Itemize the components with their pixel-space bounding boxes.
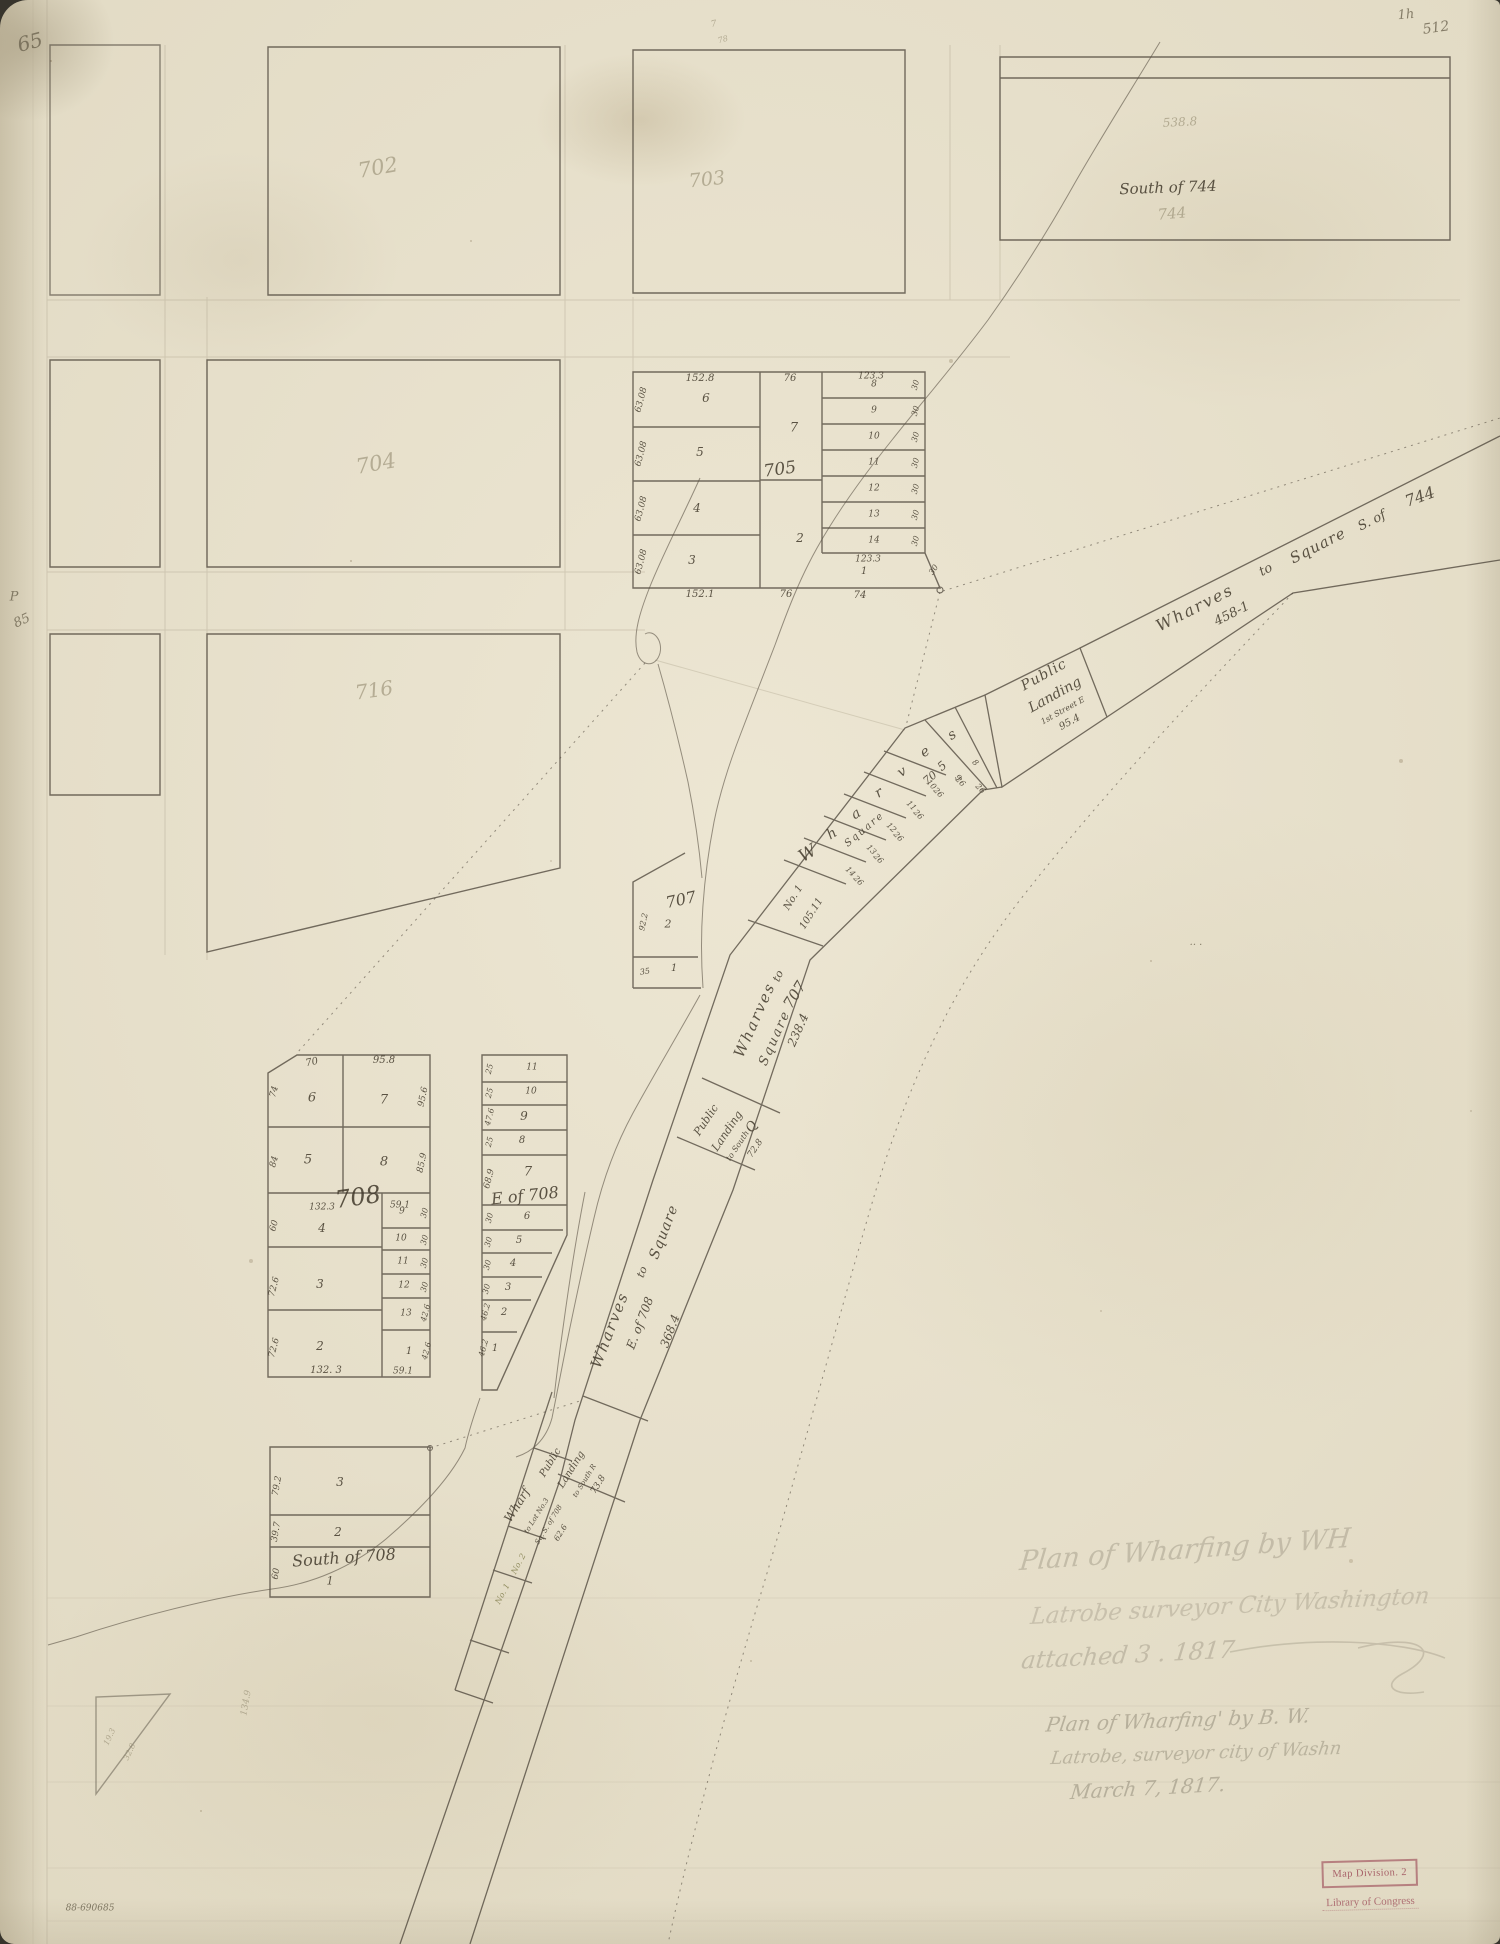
map-label: 95.8 [373,1056,395,1066]
stamp-library-of-congress: Library of Congress [1322,1895,1418,1912]
map-label: 8 [519,1136,525,1146]
map-label: 8 [380,1156,388,1169]
map-label: 74 [854,591,867,601]
map-label: 5 [516,1236,522,1246]
note-p: P [10,591,19,604]
map-label: 76 [784,374,797,384]
map-label: 4 [693,502,701,514]
band-744-lower [1107,560,1500,717]
label-744: 744 [1157,205,1187,222]
map-label: 2 [665,919,672,930]
map-label: 132. 3 [310,1366,342,1376]
map-label: 59.1 [393,1368,413,1377]
map-label: 8 [871,381,877,390]
map-label: 11 [526,1064,537,1073]
stamp-map-division: Map Division. 2 [1332,1867,1407,1880]
dotted-guides [297,418,1500,1944]
map-label: 76 [780,590,793,600]
map-label: 10 [525,1088,536,1097]
map-label: 13 [868,511,879,520]
map-label: 12 [398,1282,409,1291]
map-label: 2 [334,1526,342,1538]
block-705 [633,372,943,593]
map-label: 6 [702,392,710,404]
band-744-upper [1080,436,1500,648]
map-label: 1 [406,1347,412,1357]
map-label: 1 [861,567,867,577]
pencil-grid-lines [33,0,1500,1944]
map-label: 11 [868,459,879,468]
ink-dots: ·· · [1190,941,1203,951]
map-label: 1 [671,964,677,974]
map-label: 3 [316,1278,324,1290]
map-label: 132.3 [309,1204,335,1213]
map-label: 14 [868,537,879,546]
pencil-flourish [1230,1642,1445,1693]
block-left-1 [50,45,160,295]
map-label: 10 [868,433,879,442]
band-right-edge [470,787,1002,1944]
map-label: 9 [399,1208,405,1217]
loc-stamp: Map Division. 2 Library of Congress [1321,1859,1418,1911]
map-label: 10 [395,1235,406,1244]
dim-538-8: 538.8 [1163,115,1198,129]
block-702 [268,47,560,295]
map-label: 5 [696,446,704,458]
block-south-of-708 [270,1446,433,1598]
block-e-of-708 [482,1055,567,1390]
map-sheet: 651h512778P8588-690685·· ·702703538.8Sou… [0,0,1500,1944]
note-7: 7 [710,20,717,30]
map-label: 2 [316,1340,324,1352]
map-label: 1 [492,1344,498,1354]
map-label: 152.1 [686,590,715,600]
label-square-708: 708 [334,1182,383,1212]
map-label: 123.3 [855,556,881,565]
map-label: 2 [796,532,804,544]
block-left-2 [50,360,160,567]
map-label: 35 [639,967,650,976]
map-label: 4 [510,1259,516,1269]
block-708 [268,1055,430,1377]
note-65: 65 [15,29,45,55]
map-label: 3 [505,1283,511,1293]
map-label: 3 [688,554,696,566]
map-label: 2 [501,1308,507,1318]
map-label: 4 [318,1222,326,1234]
map-label: 3 [336,1476,344,1488]
label-square-705: 705 [763,459,798,480]
map-label: 5 [304,1154,312,1167]
map-label: 1 [327,1576,334,1587]
map-label: 152.8 [686,374,715,384]
map-label: 12 [868,485,879,494]
map-label: 9 [871,407,877,416]
map-label: 9 [520,1110,528,1122]
map-label: 6 [308,1092,316,1105]
map-label: 7 [380,1094,388,1107]
block-south-of-744 [1000,57,1450,240]
label-south-of-744: South of 744 [1119,179,1217,197]
note-corner-mark: 1h [1397,8,1415,22]
note-512: 512 [1422,19,1450,37]
map-label: 7 [524,1166,532,1179]
wharf-bands [400,436,1500,1944]
map-label: 6 [524,1212,530,1222]
label-square-716: 716 [354,677,395,702]
map-label: 11 [397,1258,408,1267]
map-linework [0,0,1500,1944]
map-label: 7 [790,422,798,435]
block-703 [633,50,905,293]
map-label: 13 [400,1310,411,1319]
block-left-3 [50,634,160,795]
label-square-703: 703 [688,169,726,192]
stamp-box: Map Division. 2 [1321,1859,1418,1889]
catalog-number: 88-690685 [66,1905,115,1914]
